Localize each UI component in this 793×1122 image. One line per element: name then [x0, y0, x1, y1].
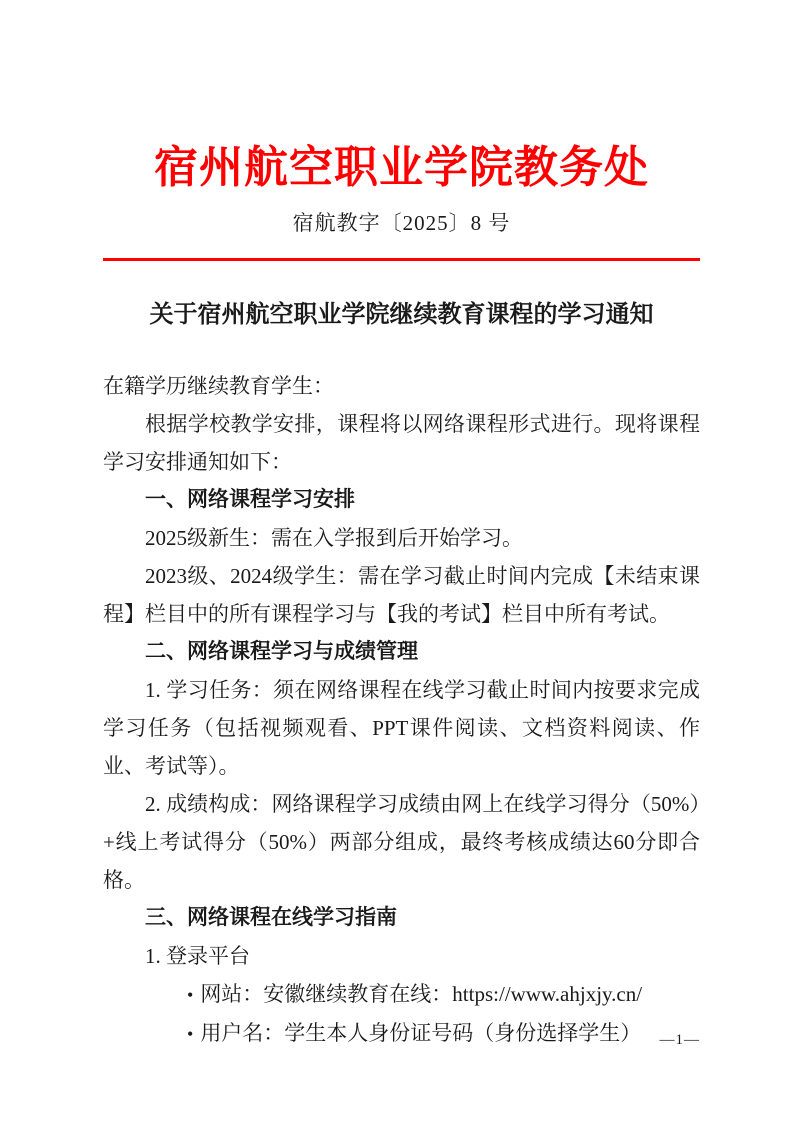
- paragraph-study-tasks: 1. 学习任务：须在网络课程在线学习截止时间内按要求完成学习任务（包括视频观看、…: [103, 671, 700, 785]
- section-3-heading: 三、网络课程在线学习指南: [103, 899, 700, 937]
- notice-body: 在籍学历继续教育学生： 根据学校教学安排，课程将以网络课程形式进行。现将课程学习…: [103, 367, 700, 1053]
- section-1-heading: 一、网络课程学习安排: [103, 481, 700, 519]
- page-number: —1—: [660, 1032, 701, 1049]
- paragraph-login-platform: 1. 登录平台: [103, 937, 700, 975]
- bullet-item-username-text: 用户名：学生本人身份证号码（身份选择学生）: [200, 1021, 641, 1045]
- bullet-icon: •: [145, 1015, 193, 1053]
- salutation: 在籍学历继续教育学生：: [103, 367, 700, 405]
- paragraph-2023-2024-students: 2023级、2024级学生：需在学习截止时间内完成【未结束课程】栏目中的所有课程…: [103, 557, 700, 633]
- bullet-icon: •: [145, 976, 193, 1014]
- document-page: 宿州航空职业学院教务处 宿航教字〔2025〕8 号 关于宿州航空职业学院继续教育…: [0, 0, 793, 1122]
- paragraph-grade-composition: 2. 成绩构成：网络课程学习成绩由网上在线学习得分（50%）+线上考试得分（50…: [103, 785, 700, 899]
- doc-number: 宿航教字〔2025〕8 号: [103, 211, 700, 236]
- notice-title: 关于宿州航空职业学院继续教育课程的学习通知: [103, 299, 700, 330]
- red-separator-line: [103, 258, 700, 261]
- section-2-heading: 二、网络课程学习与成绩管理: [103, 633, 700, 671]
- bullet-item-username: •用户名：学生本人身份证号码（身份选择学生）: [103, 1014, 700, 1053]
- agency-header-title: 宿州航空职业学院教务处: [103, 140, 700, 196]
- bullet-item-website: •网站：安徽继续教育在线：https://www.ahjxjy.cn/: [103, 975, 700, 1014]
- intro-paragraph: 根据学校教学安排，课程将以网络课程形式进行。现将课程学习安排通知如下：: [103, 405, 700, 481]
- paragraph-2025-freshmen: 2025级新生：需在入学报到后开始学习。: [103, 519, 700, 557]
- bullet-item-website-text: 网站：安徽继续教育在线：https://www.ahjxjy.cn/: [200, 982, 642, 1006]
